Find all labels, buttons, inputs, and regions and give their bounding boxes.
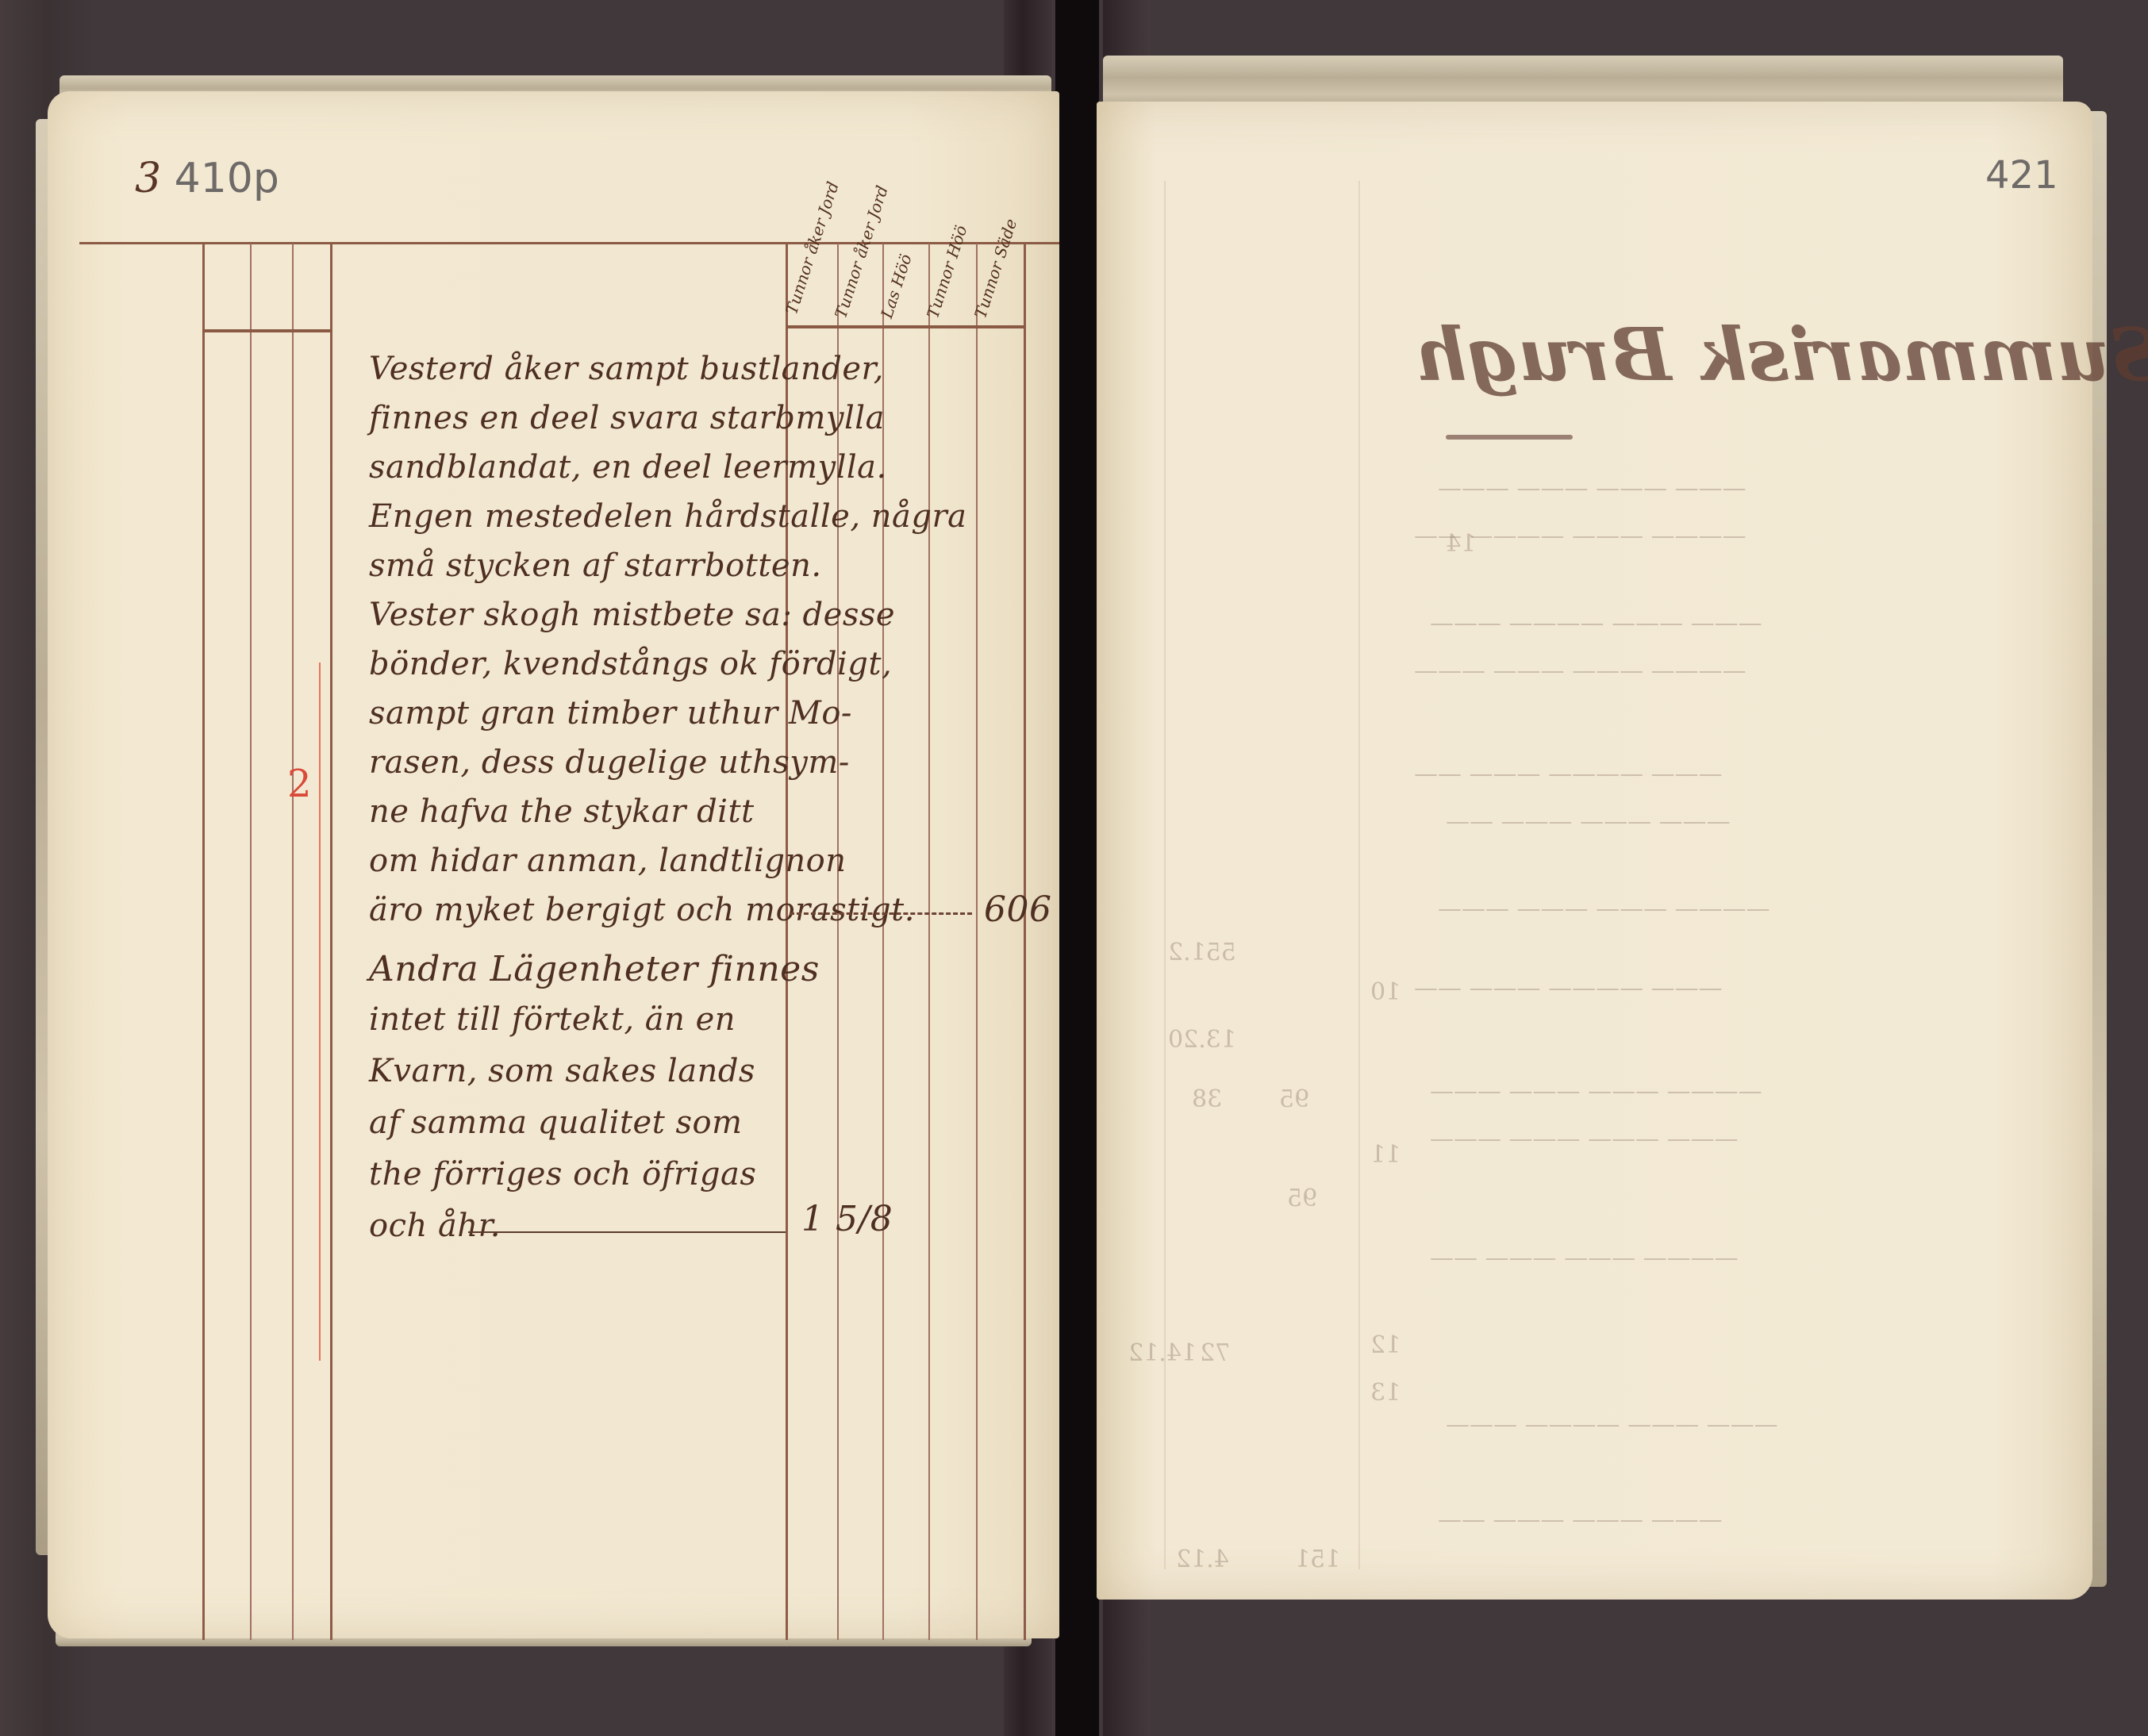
- leader-line: [468, 1231, 786, 1233]
- entry-value: 1 5/8: [801, 1202, 893, 1237]
- bleed-number: 13.20: [1168, 1026, 1236, 1054]
- top-rule: [79, 242, 1059, 244]
- bleed-number: 72: [1200, 1339, 1230, 1367]
- column-line: [1024, 244, 1026, 1640]
- book-spine-gap: [1055, 0, 1099, 1736]
- entry-line: rasen, dess dugelige uthsym-: [369, 747, 850, 778]
- column-header: Tunnor Höö: [923, 223, 970, 321]
- pencil-folio-number: 410p: [175, 155, 279, 202]
- entry-line: sandblandat, en deel leermylla.: [369, 451, 887, 483]
- entry-line: Andra Lägenheter finnes: [369, 952, 820, 987]
- bleed-through-flourish: [1446, 435, 1573, 440]
- folio-mark-text: 3: [135, 155, 161, 202]
- bleed-number: 12: [1370, 1331, 1401, 1359]
- red-bracket: [319, 663, 321, 1361]
- bleed-column-line: [1358, 181, 1360, 1569]
- header-rule-right: [786, 325, 1026, 328]
- entry-line: af samma qualitet som: [369, 1107, 743, 1139]
- left-page: 3 410p 2 Tunnor åker Jord Tunnor åker Jo…: [48, 91, 1059, 1638]
- entry-line: och åhr.: [369, 1210, 501, 1242]
- entry-line: Vester skogh mistbete sa: desse: [369, 599, 895, 631]
- entry-line: finnes en deel svara starbmylla: [369, 402, 885, 434]
- entry-line: sampt gran timber uthur Mo-: [369, 697, 852, 729]
- column-header: Tunnor åker Jord: [782, 179, 843, 317]
- bleed-number: 11: [1370, 1141, 1401, 1169]
- entry-line: Kvarn, som sakes lands: [369, 1055, 755, 1087]
- bleed-number: 95: [1279, 1085, 1309, 1113]
- right-page: 421 Summarisk Brugh ——— ——— ——— ——— ————…: [1097, 102, 2092, 1600]
- bleed-through-title: Summarisk Brugh: [1414, 312, 2148, 398]
- entry-line: om hidar anman, landtlignon: [369, 845, 847, 877]
- bleed-number: 13: [1370, 1379, 1401, 1407]
- bleed-number: 38: [1192, 1085, 1222, 1113]
- bleed-number: 4.12: [1176, 1546, 1229, 1573]
- entry-line: bönder, kvendstångs ok fördigt,: [369, 648, 892, 680]
- entry-line: små stycken af starrbotten.: [369, 550, 822, 582]
- bleed-number: 151: [1295, 1546, 1340, 1573]
- entry-line: intet till förtekt, än en: [369, 1004, 736, 1035]
- bleed-number: 14: [1446, 530, 1476, 558]
- column-line: [976, 244, 978, 1640]
- column-header: Tunnor Säde: [970, 217, 1020, 321]
- entry-line: Engen mestedelen hårdstalle, några: [369, 501, 966, 532]
- entry-line: äro myket bergigt och morastigt.: [369, 894, 915, 926]
- pencil-page-number: 421: [1985, 153, 2058, 198]
- bleed-number: 95: [1287, 1185, 1317, 1212]
- folio-mark: 3 410p: [135, 155, 279, 202]
- bleed-number: 551.2: [1168, 939, 1236, 966]
- entry-value: 606: [984, 893, 1051, 928]
- column-line: [330, 244, 332, 1640]
- entry-line: Vesterd åker sampt bustlander,: [369, 353, 884, 385]
- entry-line: the förriges och öfrigas: [369, 1158, 756, 1190]
- bleed-number: 14.12: [1128, 1339, 1197, 1367]
- column-line: [292, 244, 294, 1640]
- column-line: [928, 244, 930, 1640]
- header-rule-left: [202, 329, 332, 332]
- column-line: [250, 244, 252, 1640]
- dotted-leader: [790, 912, 972, 915]
- bleed-number: 10: [1370, 978, 1401, 1006]
- margin-number: 2: [287, 762, 312, 806]
- column-line: [202, 244, 205, 1640]
- entry-line: ne hafva the stykar ditt: [369, 796, 755, 828]
